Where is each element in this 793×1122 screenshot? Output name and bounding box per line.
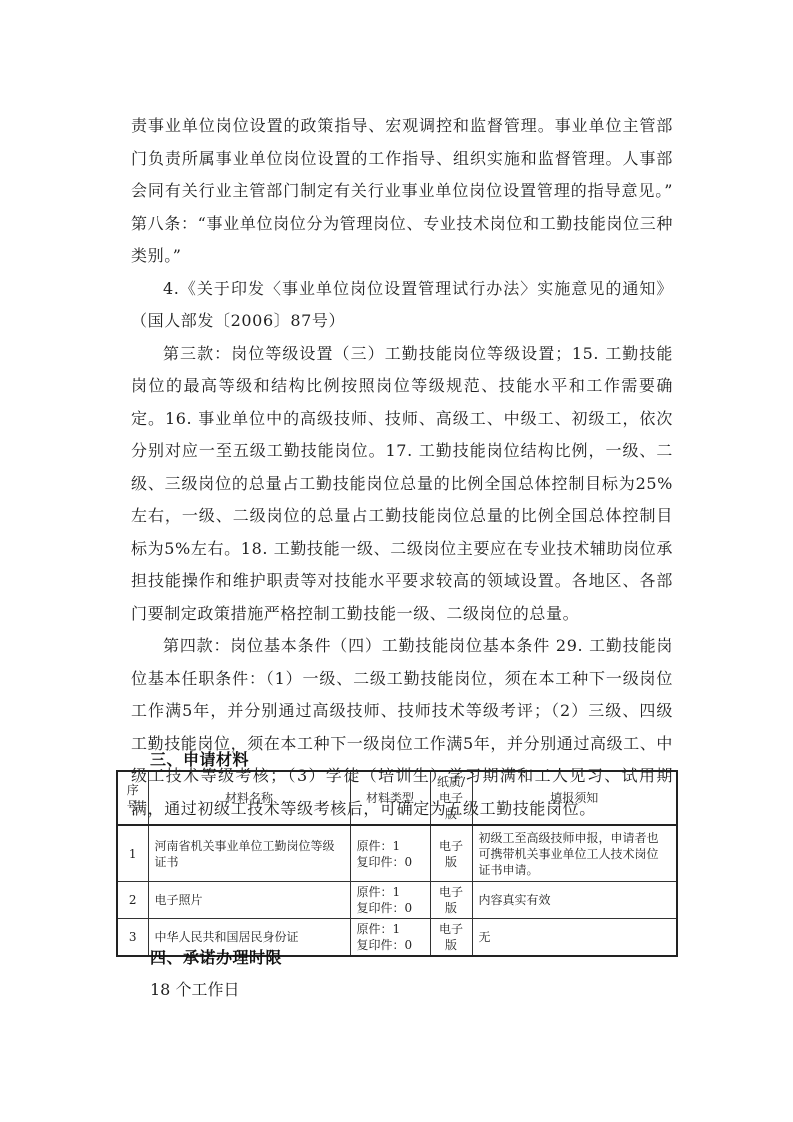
cell-form: 电子版 (430, 919, 472, 957)
cell-type: 原件：1 复印件：0 (350, 919, 430, 957)
header-form-label: 纸质/电子版 (437, 775, 465, 821)
table-row: 2 电子照片 原件：1 复印件：0 电子版 内容真实有效 (117, 882, 677, 919)
table-header-row: 序号 材料名称 材料类型 纸质/电子版 填报须知 (117, 771, 677, 825)
cell-form: 电子版 (430, 825, 472, 882)
header-type: 材料类型 (350, 771, 430, 825)
type-copy: 复印件：0 (357, 900, 424, 916)
cell-form: 电子版 (430, 882, 472, 919)
table-row: 1 河南省机关事业单位工勤岗位等级证书 原件：1 复印件：0 电子版 初级工至高… (117, 825, 677, 882)
section-heading-materials: 三、申请材料 (150, 747, 249, 770)
cell-no: 1 (117, 825, 148, 882)
paragraph-clause-three: 第三款：岗位等级设置（三）工勤技能岗位等级设置；15. 工勤技能岗位的最高等级和… (131, 338, 673, 631)
cell-note: 内容真实有效 (472, 882, 677, 919)
cell-type: 原件：1 复印件：0 (350, 825, 430, 882)
document-body: 责事业单位岗位设置的政策指导、宏观调控和监督管理。事业单位主管部门负责所属事业单… (131, 110, 673, 825)
cell-name: 电子照片 (148, 882, 350, 919)
cell-note: 无 (472, 919, 677, 957)
cell-no: 3 (117, 919, 148, 957)
materials-table: 序号 材料名称 材料类型 纸质/电子版 填报须知 1 河南省机关事业单位工勤岗位… (116, 770, 678, 957)
section-heading-time-limit: 四、承诺办理时限 (150, 945, 282, 968)
type-copy: 复印件：0 (357, 854, 424, 870)
paragraph-regulation-excerpt: 责事业单位岗位设置的政策指导、宏观调控和监督管理。事业单位主管部门负责所属事业单… (131, 110, 673, 273)
header-no: 序号 (117, 771, 148, 825)
cell-type: 原件：1 复印件：0 (350, 882, 430, 919)
cell-note: 初级工至高级技师申报，申请者也可携带机关事业单位工人技术岗位证书申请。 (472, 825, 677, 882)
type-copy: 复印件：0 (357, 937, 424, 953)
header-note: 填报须知 (472, 771, 677, 825)
type-original: 原件：1 (357, 921, 424, 937)
cell-name: 河南省机关事业单位工勤岗位等级证书 (148, 825, 350, 882)
type-original: 原件：1 (357, 884, 424, 900)
type-original: 原件：1 (357, 838, 424, 854)
header-name: 材料名称 (148, 771, 350, 825)
paragraph-notice-title: 4.《关于印发〈事业单位岗位设置管理试行办法〉实施意见的通知》（国人部发〔200… (131, 273, 673, 338)
cell-no: 2 (117, 882, 148, 919)
header-form: 纸质/电子版 (430, 771, 472, 825)
time-limit-value: 18 个工作日 (150, 977, 239, 1000)
